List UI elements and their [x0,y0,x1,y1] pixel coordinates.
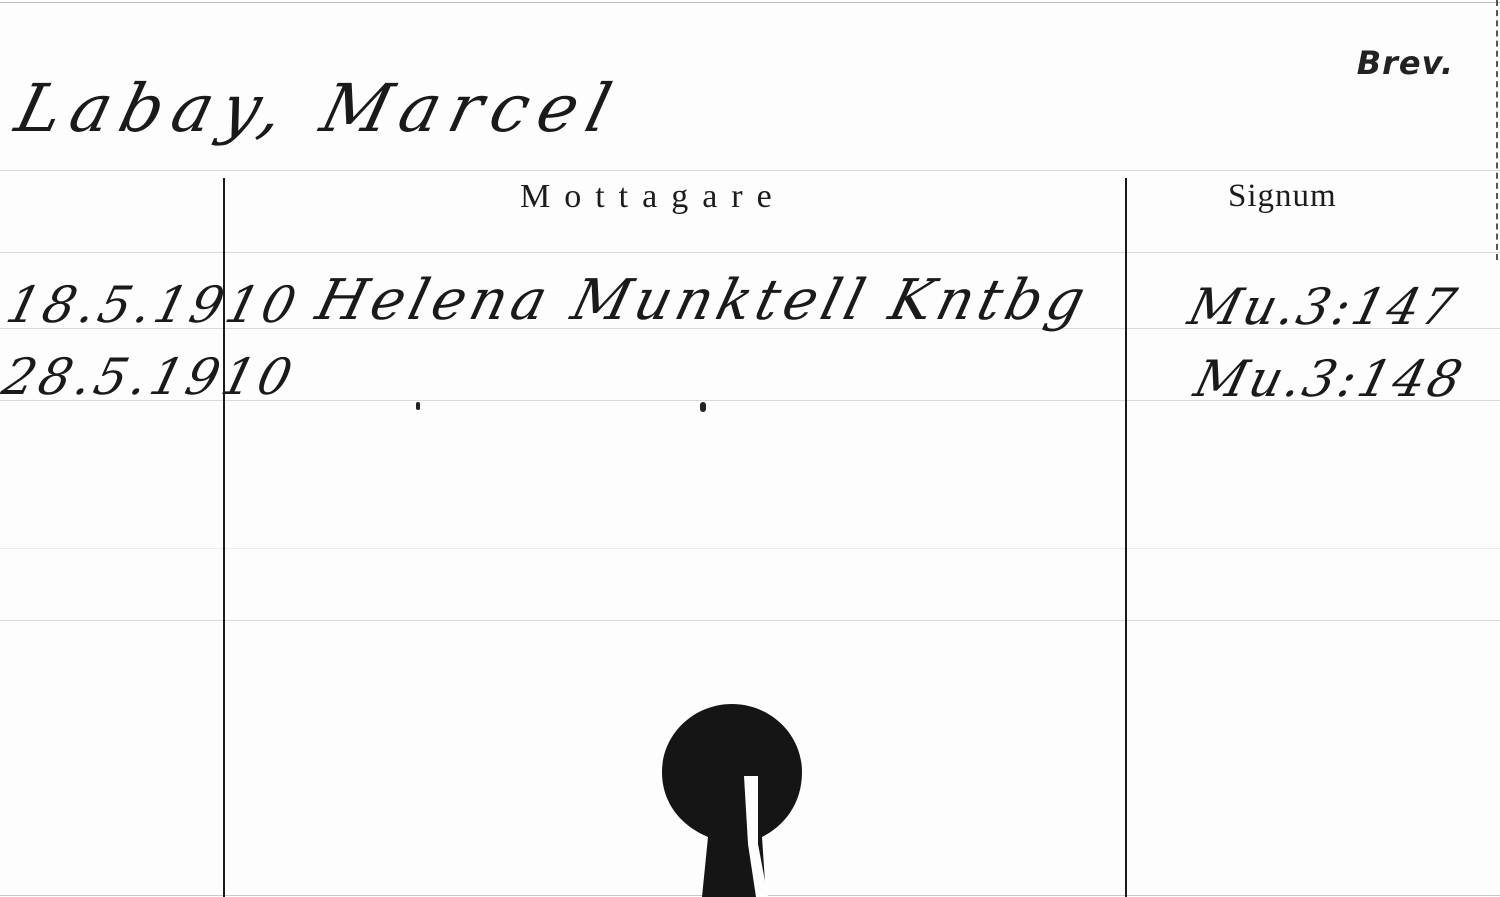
card-edge [1494,0,1498,260]
rule-line [0,620,1500,621]
ditto-mark [700,402,706,412]
keyhole-punch-icon [662,704,802,897]
rule-line [0,2,1500,3]
column-divider-signum [1125,178,1127,897]
row-1-date: 18.5.1910 [1,276,306,334]
column-header-recipient: Mottagare [520,178,786,216]
column-header-signum: Signum [1228,178,1337,215]
row-2-date: 28.5.1910 [0,348,302,406]
ditto-mark [416,402,420,410]
rule-line [0,252,1500,253]
index-card: Brev. Mottagare Signum Labay, Marcel 18.… [0,0,1500,897]
person-name: Labay, Marcel [8,70,628,147]
row-1-recipient: Helena Munktell Kntbg [310,268,1096,333]
rule-line [0,548,1500,549]
row-2-signum: Mu.3:148 [1189,350,1471,408]
rule-line [0,170,1500,171]
row-1-signum: Mu.3:147 [1183,278,1465,336]
card-type-label: Brev. [1357,44,1454,82]
